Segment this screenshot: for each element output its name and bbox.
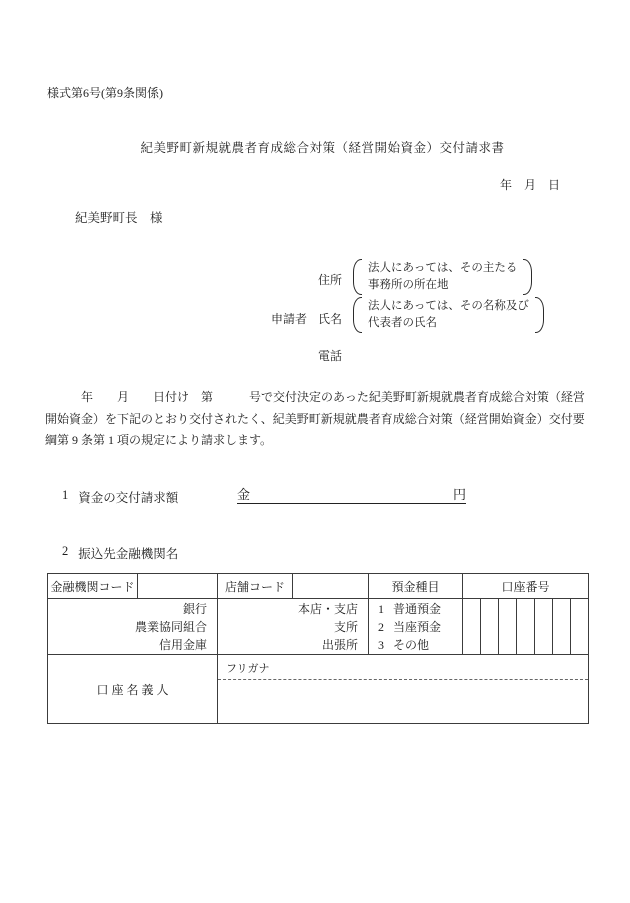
address-note-line2: 事務所の所在地	[368, 277, 517, 294]
document-page: 様式第6号(第9条関係) 紀美野町新規就農者育成総合対策（経営開始資金）交付請求…	[0, 0, 630, 903]
item2-number: 2	[62, 544, 68, 562]
account-digit-cell[interactable]	[570, 599, 588, 654]
bank-type-option: 農業協同組合	[48, 618, 207, 636]
deposit-type-number: 2	[378, 618, 393, 636]
account-holder-label-cell: 口 座 名 義 人	[48, 655, 218, 724]
account-name-input-area[interactable]	[218, 680, 588, 723]
bank-code-header-cell: 金融機関コード	[48, 574, 138, 599]
table-holder-row: 口 座 名 義 人 フリガナ	[48, 655, 589, 724]
bank-type-option: 信用金庫	[48, 636, 207, 654]
deposit-type-number: 1	[378, 600, 393, 618]
furigana-input-area[interactable]: フリガナ	[218, 655, 588, 680]
name-corporate-note: 法人にあっては、その名称及び 代表者の氏名	[353, 297, 544, 333]
deposit-type-option: 1普通預金	[378, 600, 462, 618]
paragraph-line-1: 年 月 日付け 第 号で交付決定のあった紀美野町新規就農者育成総合対策（経営	[45, 387, 595, 409]
open-bracket-icon	[353, 297, 362, 333]
item2-heading: 2 振込先金融機関名	[62, 544, 178, 562]
item1-number: 1	[62, 488, 68, 506]
branch-code-header-cell: 店舗コード	[218, 574, 293, 599]
paragraph-line-2: 開始資金）を下記のとおり交付されたく、紀美野町新規就農者育成総合対策（経営開始資…	[45, 409, 595, 431]
amount-line[interactable]: 金 円	[237, 486, 466, 504]
branch-type-option: 本店・支店	[218, 600, 358, 618]
account-digit-cell[interactable]	[463, 599, 480, 654]
paragraph-line-3: 綱第 9 条第 1 項の規定により請求します。	[45, 430, 595, 452]
address-label: 住所	[318, 271, 342, 288]
deposit-type-option: 3その他	[378, 636, 462, 654]
account-digit-cell[interactable]	[498, 599, 516, 654]
item2-label: 振込先金融機関名	[78, 544, 178, 562]
bank-type-option: 銀行	[48, 600, 207, 618]
deposit-type-number: 3	[378, 636, 393, 654]
address-note-text: 法人にあっては、その主たる 事務所の所在地	[362, 259, 523, 295]
open-bracket-icon	[353, 259, 362, 295]
deposit-type-header-cell: 預金種目	[369, 574, 463, 599]
bank-table: 金融機関コード 店舗コード 預金種目 口座番号 銀行 農業協同組合 信用金庫 本…	[47, 573, 589, 724]
address-note-line1: 法人にあっては、その主たる	[368, 260, 517, 277]
document-title: 紀美野町新規就農者育成総合対策（経営開始資金）交付請求書	[40, 138, 605, 156]
bank-type-options: 銀行 農業協同組合 信用金庫	[48, 599, 218, 655]
close-bracket-icon	[535, 297, 544, 333]
table-options-row: 銀行 農業協同組合 信用金庫 本店・支店 支所 出張所 1普通預金 2当座預金 …	[48, 599, 589, 655]
account-number-cells	[463, 599, 589, 655]
applicant-label: 申請者	[271, 310, 307, 327]
amount-suffix: 円	[453, 484, 466, 503]
name-label: 氏名	[318, 310, 342, 327]
bank-code-value-cell[interactable]	[138, 574, 218, 599]
account-digit-cell[interactable]	[552, 599, 570, 654]
branch-type-option: 出張所	[218, 636, 358, 654]
address-corporate-note: 法人にあっては、その主たる 事務所の所在地	[353, 259, 532, 295]
account-holder-input-cell: フリガナ	[218, 655, 589, 724]
branch-code-value-cell[interactable]	[293, 574, 369, 599]
account-number-header-cell: 口座番号	[463, 574, 589, 599]
form-number: 様式第6号(第9条関係)	[47, 84, 163, 101]
branch-type-options: 本店・支店 支所 出張所	[218, 599, 369, 655]
date-fill-in[interactable]: 年 月 日	[500, 176, 560, 193]
deposit-type-label: 当座預金	[393, 620, 441, 634]
table-header-row: 金融機関コード 店舗コード 預金種目 口座番号	[48, 574, 589, 599]
name-note-text: 法人にあっては、その名称及び 代表者の氏名	[362, 297, 535, 333]
item1-heading: 1 資金の交付請求額	[62, 488, 178, 506]
amount-prefix: 金	[237, 484, 250, 503]
addressee: 紀美野町長 様	[75, 208, 163, 226]
deposit-type-label: 普通預金	[393, 602, 441, 616]
account-digit-cell[interactable]	[516, 599, 534, 654]
furigana-label: フリガナ	[226, 663, 269, 675]
name-note-line2: 代表者の氏名	[368, 315, 529, 332]
deposit-type-label: その他	[393, 638, 429, 652]
close-bracket-icon	[523, 259, 532, 295]
account-digit-cell[interactable]	[534, 599, 552, 654]
deposit-type-options: 1普通預金 2当座預金 3その他	[369, 599, 463, 655]
deposit-type-option: 2当座預金	[378, 618, 462, 636]
account-digit-cell[interactable]	[480, 599, 498, 654]
phone-label: 電話	[318, 347, 342, 364]
request-paragraph: 年 月 日付け 第 号で交付決定のあった紀美野町新規就農者育成総合対策（経営 開…	[45, 387, 595, 452]
branch-type-option: 支所	[218, 618, 358, 636]
name-note-line1: 法人にあっては、その名称及び	[368, 298, 529, 315]
item1-label: 資金の交付請求額	[78, 488, 178, 506]
